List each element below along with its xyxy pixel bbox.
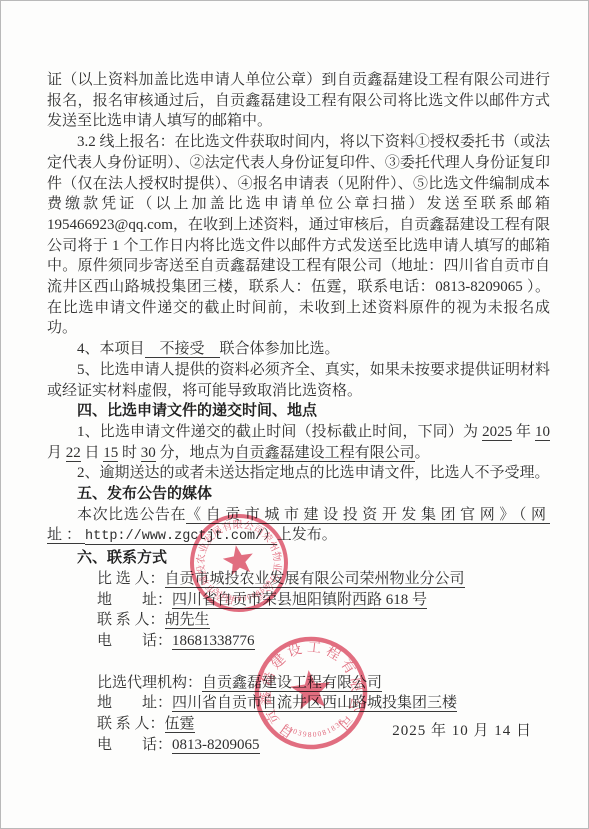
contact-row: 联 系 人：胡先生 [97,610,550,631]
paragraph: 2、逾期送达的或者未送达指定地点的比选申请文件，比选人不予受理。 [47,463,550,484]
contact-row: 地 址：四川省自贡市自流井区西山路城投集团三楼 [97,693,550,714]
text-run: 本次比选公告在 [77,507,186,523]
contact-label: 比 选 人： [97,571,165,587]
underlined-text: 自贡鑫磊建设工程有限公司 [235,445,415,462]
text-run: 5、比选申请人提供的资料必须齐全、真实，如果未按要求提供证明材料或经证实材料虚假… [47,362,550,399]
date-line: 2025 年 10 月 14 日 [392,719,532,740]
contact-label: 电 话： [97,633,172,649]
underlined-text: 22 [66,445,81,462]
paragraph: 本次比选公告在《自贡市城市建设投资开发集团官网》（网址：http://www.z… [47,505,550,548]
text-run: 月 [47,445,66,461]
underlined-text: http://www.zgctjt.com/） [85,529,277,545]
underlined-text: 30 [141,445,156,462]
text-run: 联合体参加比选。 [220,341,340,357]
contact-value: 四川省自贡市自流井区西山路城投集团三楼 [172,695,457,712]
paragraph: 4、本项目 不接受 联合体参加比选。 [47,339,550,360]
underlined-text: 10 [535,424,550,441]
underlined-text: 15 [103,445,118,462]
paragraph: 1、比选申请文件递交的截止时间（投标截止时间，下同）为 2025 年 10 月 … [47,422,550,463]
text-run: 1、比选申请文件递交的截止时间（投标截止时间，下同）为 [77,424,482,440]
paragraph: 证（以上资料加盖比选申请人单位公章）到自贡鑫磊建设工程有限公司进行报名，报名审核… [47,70,550,132]
contact-label: 地 址： [97,592,172,608]
contact-row: 比 选 人：自贡市城投农业发展有限公司荣州物业分公司 [97,569,550,590]
underlined-text: 2025 [482,424,512,441]
contact-value: 四川省自贡市荣县旭阳镇附西路 618 号 [172,592,427,609]
text-run: 日 [81,445,104,461]
contact-label: 联 系 人： [97,612,165,628]
text-run: 2、逾期送达的或者未送达指定地点的比选申请文件，比选人不予受理。 [77,465,550,481]
contact-row: 比选代理机构：自贡鑫磊建设工程有限公司 [97,673,550,694]
section-heading: 六、联系方式 [47,548,550,569]
contact-value: 自贡市城投农业发展有限公司荣州物业分公司 [165,571,465,588]
section-heading: 四、比选申请文件的递交时间、地点 [47,401,550,422]
contact-row: 电 话：18681338776 [97,631,550,652]
text-run: 四、比选申请文件的递交时间、地点 [77,403,317,419]
text-run: 五、发布公告的媒体 [77,486,212,502]
contact-label: 比选代理机构： [97,675,202,691]
text-run: 3.2 线上报名：在比选文件获取时间内，将以下资料①授权委托书（或法定代表人身份… [47,134,550,336]
contact-value: 自贡鑫磊建设工程有限公司 [202,675,382,692]
text-run: 。 [415,445,430,461]
blank-line [47,652,550,673]
contact-value: 胡先生 [165,612,210,629]
text-run: 年 [512,424,535,440]
text-run: 六、联系方式 [77,550,167,566]
text-run: 4、本项目 [77,341,145,357]
contact-value: 0813-8209065 [172,737,260,754]
paragraph: 5、比选申请人提供的资料必须齐全、真实，如果未按要求提供证明材料或经证实材料虚假… [47,360,550,401]
document-page: 证（以上资料加盖比选申请人单位公章）到自贡鑫磊建设工程有限公司进行报名，报名审核… [0,0,589,829]
contact-label: 联 系 人： [97,716,165,732]
contact-label: 电 话： [97,737,172,753]
text-run: 时 [118,445,141,461]
contact-row: 地 址：四川省自贡市荣县旭阳镇附西路 618 号 [97,590,550,611]
contact-value: 伍霆 [165,716,195,733]
contact-label: 地 址： [97,695,172,711]
section-heading: 五、发布公告的媒体 [47,484,550,505]
paragraph: 3.2 线上报名：在比选文件获取时间内，将以下资料①授权委托书（或法定代表人身份… [47,132,550,339]
contact-value: 18681338776 [172,633,255,650]
underlined-text: 不接受 [145,341,220,358]
text-run: 分，地点为 [156,445,235,461]
document-body: 证（以上资料加盖比选申请人单位公章）到自贡鑫磊建设工程有限公司进行报名，报名审核… [47,70,550,756]
text-run: 证（以上资料加盖比选申请人单位公章）到自贡鑫磊建设工程有限公司进行报名，报名审核… [47,72,550,129]
text-run: 上发布。 [277,527,337,543]
